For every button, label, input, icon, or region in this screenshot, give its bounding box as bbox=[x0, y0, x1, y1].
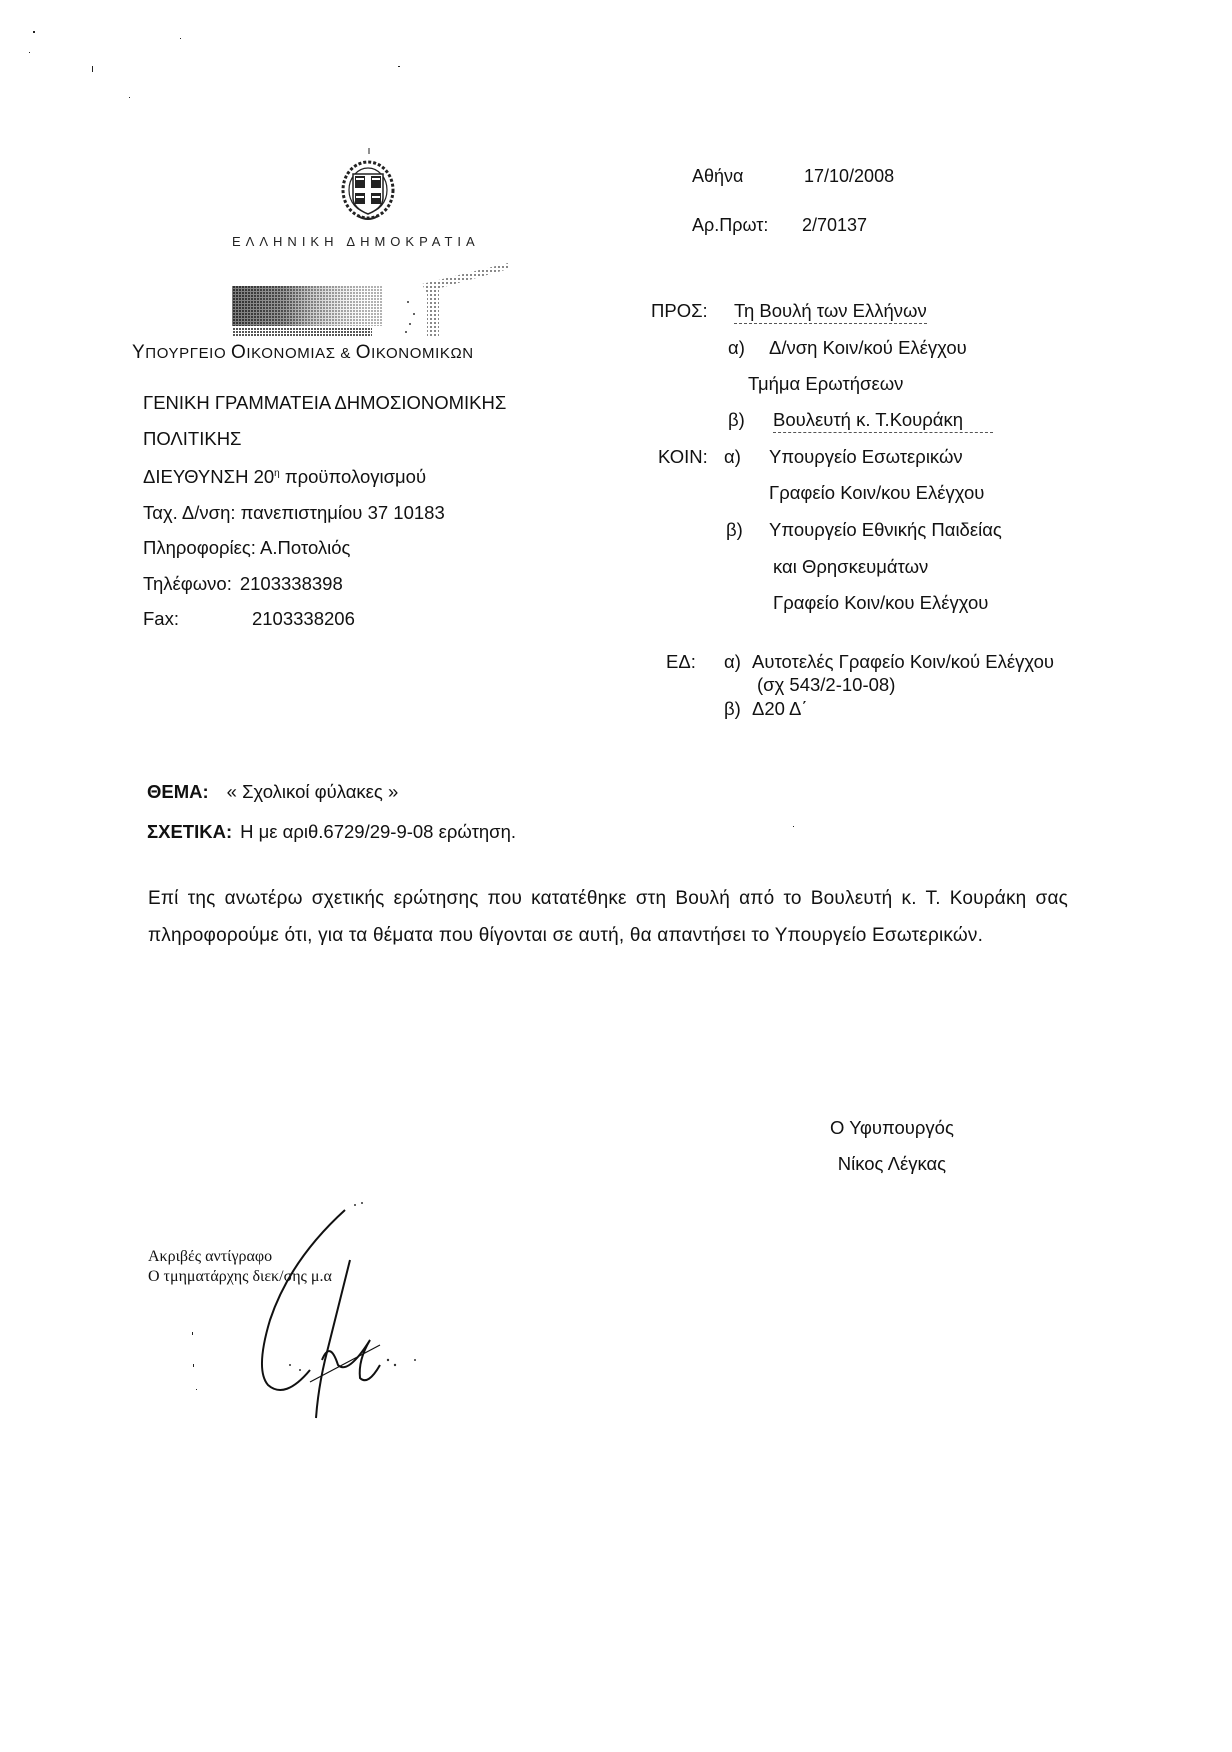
scan-speck bbox=[196, 1389, 197, 1390]
subject-block: ΘΕΜΑ:« Σχολικοί φύλακες » ΣΧΕΤΙΚΑ:Η με α… bbox=[147, 772, 516, 852]
internal-item-a-marker: α) bbox=[724, 651, 741, 673]
ministry-name: ΥΠΟΥΡΓΕΙΟ ΟΙΚΟΝΟΜΙΑΣ & ΟΙΚΟΝΟΜΙΚΩΝ bbox=[132, 342, 474, 364]
scan-speck bbox=[180, 38, 181, 39]
scan-speck bbox=[92, 66, 93, 72]
internal-item-b-marker: β) bbox=[724, 698, 741, 720]
internal-item-a-line2: (σχ 543/2-10-08) bbox=[757, 674, 895, 696]
to-main: Τη Βουλή των Ελλήνων bbox=[734, 300, 927, 322]
signature-block: Ο Υφυπουργός Νίκος Λέγκας bbox=[830, 1110, 954, 1182]
protocol-line: Αρ.Πρωτ:2/70137 bbox=[692, 215, 867, 236]
reference-text: Η με αριθ.6729/29-9-08 ερώτηση. bbox=[240, 821, 516, 842]
scan-speck bbox=[129, 97, 130, 98]
scan-speck bbox=[29, 52, 30, 53]
postal-address: Ταχ. Δ/νση: πανεπιστημίου 37 10183 bbox=[143, 495, 506, 531]
internal-item-b-line1: Δ20 Δ΄ bbox=[752, 698, 808, 720]
information-contact: Πληροφορίες: Α.Ποτολιός bbox=[143, 530, 506, 566]
fax-line: Fax:2103338206 bbox=[143, 601, 506, 637]
cc-item-b-marker: β) bbox=[726, 519, 743, 541]
body-paragraph: Επί της ανωτέρω σχετικής ερώτησης που κα… bbox=[148, 880, 1068, 954]
sender-block: ΓΕΝΙΚΗ ΓΡΑΜΜΑΤΕΙΑ ΔΗΜΟΣΙΟΝΟΜΙΚΗΣ ΠΟΛΙΤΙΚ… bbox=[143, 385, 506, 637]
protocol-label: Αρ.Πρωτ: bbox=[692, 215, 802, 236]
phone-line: Τηλέφωνο:2103338398 bbox=[143, 566, 506, 602]
signer-title: Ο Υφυπουργός bbox=[830, 1110, 954, 1146]
cc-item-a-marker: α) bbox=[724, 446, 741, 468]
to-item-a-line2: Τμήμα Ερωτήσεων bbox=[748, 373, 903, 395]
scan-speck bbox=[33, 31, 35, 33]
republic-heading: ΕΛΛΗΝΙΚΗ ΔΗΜΟΚΡΑΤΙΑ bbox=[232, 234, 480, 249]
cc-item-b-line3: Γραφείο Κοιν/κου Ελέγχου bbox=[773, 592, 988, 614]
ministry-logo-graphic bbox=[230, 262, 510, 338]
to-label: ΠΡΟΣ: bbox=[651, 300, 708, 322]
directorate: ΔΙΕΥΘΥΝΣΗ 20η προϋπολογισμού bbox=[143, 456, 506, 495]
to-item-b-marker: β) bbox=[728, 409, 745, 431]
city-label: Αθήνα bbox=[692, 166, 804, 187]
scan-speck bbox=[793, 826, 794, 827]
fax-number: 2103338206 bbox=[252, 601, 355, 637]
greek-coat-of-arms-icon bbox=[336, 148, 400, 224]
subject-line: ΘΕΜΑ:« Σχολικοί φύλακες » bbox=[147, 772, 516, 812]
cc-label: ΚΟΙΝ: bbox=[658, 446, 708, 468]
protocol-number: 2/70137 bbox=[802, 215, 867, 235]
to-item-a-line1: Δ/νση Κοιν/κού Ελέγχου bbox=[769, 337, 967, 359]
scan-speck bbox=[192, 1332, 193, 1335]
scan-speck bbox=[398, 66, 400, 67]
phone-number: 2103338398 bbox=[240, 566, 343, 602]
document-date: 17/10/2008 bbox=[804, 166, 894, 186]
subject-text: « Σχολικοί φύλακες » bbox=[227, 781, 399, 802]
cc-item-a-line2: Γραφείο Κοιν/κου Ελέγχου bbox=[769, 482, 984, 504]
cc-item-b-line2: και Θρησκευμάτων bbox=[773, 556, 928, 578]
to-item-b-line1: Βουλευτή κ. Τ.Κουράκη bbox=[773, 409, 993, 431]
signer-name: Νίκος Λέγκας bbox=[830, 1146, 954, 1182]
department-line-1: ΓΕΝΙΚΗ ΓΡΑΜΜΑΤΕΙΑ ΔΗΜΟΣΙΟΝΟΜΙΚΗΣ bbox=[143, 385, 506, 421]
handwritten-signature-scribble bbox=[230, 1200, 430, 1420]
reference-line: ΣΧΕΤΙΚΑ:Η με αριθ.6729/29-9-08 ερώτηση. bbox=[147, 812, 516, 852]
scan-speck bbox=[193, 1364, 194, 1367]
internal-item-a-line1: Αυτοτελές Γραφείο Κοιν/κού Ελέγχου bbox=[752, 651, 1054, 673]
to-item-a-marker: α) bbox=[728, 337, 745, 359]
cc-item-a-line1: Υπουργείο Εσωτερικών bbox=[769, 446, 963, 468]
date-line: Αθήνα17/10/2008 bbox=[692, 166, 894, 187]
internal-label: ΕΔ: bbox=[666, 651, 696, 673]
department-line-2: ΠΟΛΙΤΙΚΗΣ bbox=[143, 421, 506, 457]
cc-item-b-line1: Υπουργείο Εθνικής Παιδείας bbox=[769, 519, 1002, 541]
